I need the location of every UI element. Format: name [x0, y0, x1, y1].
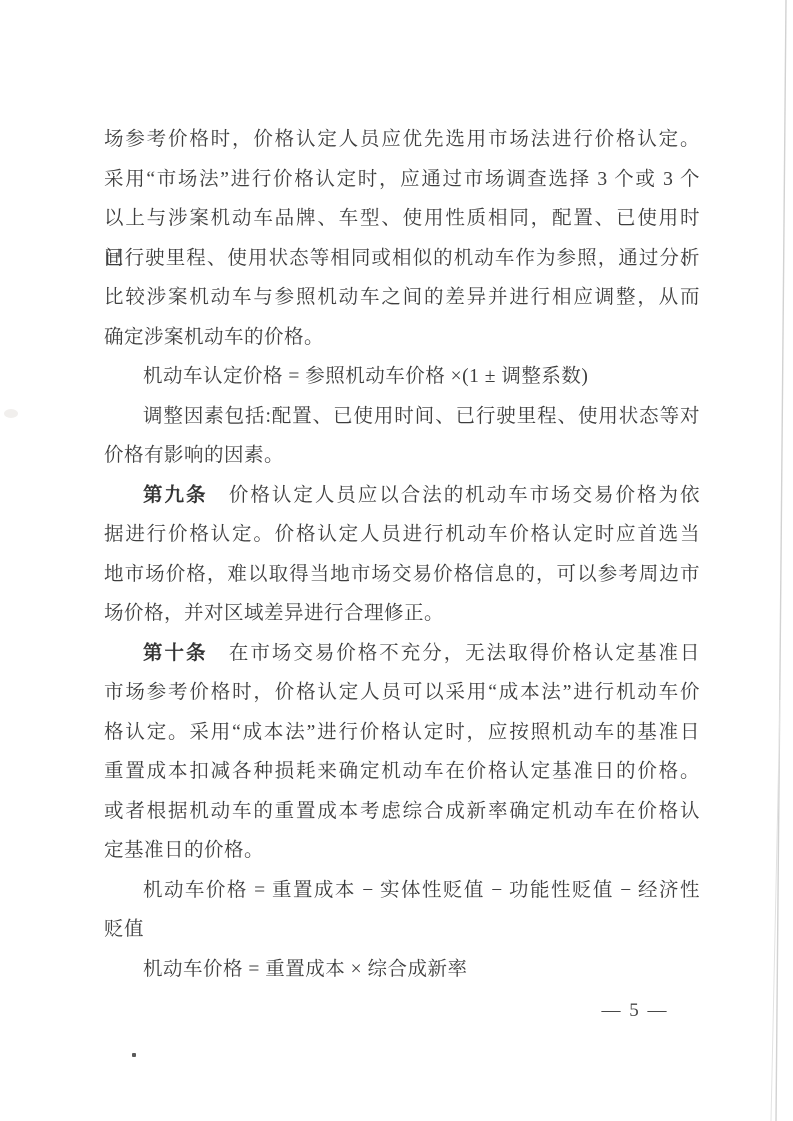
text-segment: 机动车价格 = 重置成本 − 实体性贬值 − 功能性贬值 − 经济性	[143, 880, 700, 901]
text-line: 第九条 价格认定人员应以合法的机动车市场交易价格为依	[104, 476, 700, 516]
text-line: 机动车价格 = 重置成本 × 综合成新率	[104, 950, 700, 990]
text-segment: 重置成本扣减各种损耗来确定机动车在价格认定基准日的价格。	[104, 761, 700, 782]
text-line: 以上与涉案机动车品牌、车型、使用性质相同，配置、已使用时间、	[104, 199, 700, 239]
text-line: 机动车认定价格 = 参照机动车价格 ×(1 ± 调整系数)	[104, 357, 700, 397]
text-line: 或者根据机动车的重置成本考虑综合成新率确定机动车在价格认	[104, 792, 700, 832]
text-segment: 已行驶里程、使用状态等相同或相似的机动车作为参照，通过分析	[104, 248, 700, 269]
text-line: 调整因素包括:配置、已使用时间、已行驶里程、使用状态等对	[104, 397, 700, 437]
text-segment: 格认定。采用“成本法”进行价格认定时，应按照机动车的基准日	[104, 722, 700, 743]
text-line: 场价格，并对区域差异进行合理修正。	[104, 594, 700, 634]
text-segment: 机动车认定价格 = 参照机动车价格 ×(1 ± 调整系数)	[143, 366, 588, 387]
text-line: 市场参考价格时，价格认定人员可以采用“成本法”进行机动车价	[104, 673, 700, 713]
text-line: 定基准日的价格。	[104, 831, 700, 871]
text-segment: 地市场价格，难以取得当地市场交易价格信息的，可以参考周边市	[104, 564, 700, 585]
text-segment: 价格有影响的因素。	[104, 445, 284, 466]
text-line: 地市场价格，难以取得当地市场交易价格信息的，可以参考周边市	[104, 555, 700, 595]
document-body: 场参考价格时，价格认定人员应优先选用市场法进行价格认定。采用“市场法”进行价格认…	[104, 120, 700, 989]
text-line: 场参考价格时，价格认定人员应优先选用市场法进行价格认定。	[104, 120, 700, 160]
scan-smudge	[4, 409, 18, 418]
scan-speck	[132, 1053, 136, 1057]
text-segment: 贬值	[104, 919, 144, 940]
text-line: 第十条 在市场交易价格不充分，无法取得价格认定基准日	[104, 634, 700, 674]
text-line: 价格有影响的因素。	[104, 436, 700, 476]
text-segment: 场参考价格时，价格认定人员应优先选用市场法进行价格认定。	[104, 129, 700, 150]
text-line: 重置成本扣减各种损耗来确定机动车在价格认定基准日的价格。	[104, 752, 700, 792]
text-segment: 在市场交易价格不充分，无法取得价格认定基准日	[207, 643, 700, 664]
article-number: 第九条	[143, 484, 207, 506]
text-segment: 采用“市场法”进行价格认定时，应通过市场调查选择 3 个或 3 个	[104, 169, 700, 190]
text-line: 贬值	[104, 910, 700, 950]
article-number: 第十条	[143, 642, 207, 664]
text-segment: 调整因素包括:配置、已使用时间、已行驶里程、使用状态等对	[143, 406, 700, 427]
text-segment: 机动车价格 = 重置成本 × 综合成新率	[143, 959, 468, 980]
text-segment: 市场参考价格时，价格认定人员可以采用“成本法”进行机动车价	[104, 682, 700, 703]
text-segment: 价格认定人员应以合法的机动车市场交易价格为依	[207, 485, 700, 506]
text-line: 采用“市场法”进行价格认定时，应通过市场调查选择 3 个或 3 个	[104, 160, 700, 200]
text-line: 已行驶里程、使用状态等相同或相似的机动车作为参照，通过分析	[104, 239, 700, 279]
text-segment: 确定涉案机动车的价格。	[104, 327, 324, 348]
text-line: 确定涉案机动车的价格。	[104, 318, 700, 358]
text-segment: 比较涉案机动车与参照机动车之间的差异并进行相应调整，从而	[104, 287, 700, 308]
text-line: 格认定。采用“成本法”进行价格认定时，应按照机动车的基准日	[104, 713, 700, 753]
text-segment: 场价格，并对区域差异进行合理修正。	[104, 603, 444, 624]
text-line: 机动车价格 = 重置成本 − 实体性贬值 − 功能性贬值 − 经济性	[104, 871, 700, 911]
document-page: 场参考价格时，价格认定人员应优先选用市场法进行价格认定。采用“市场法”进行价格认…	[0, 0, 793, 1121]
text-segment: 或者根据机动车的重置成本考虑综合成新率确定机动车在价格认	[104, 801, 700, 822]
text-line: 比较涉案机动车与参照机动车之间的差异并进行相应调整，从而	[104, 278, 700, 318]
text-segment: 定基准日的价格。	[104, 840, 264, 861]
page-number: — 5 —	[560, 996, 710, 1026]
text-line: 据进行价格认定。价格认定人员进行机动车价格认定时应首选当	[104, 515, 700, 555]
text-segment: 据进行价格认定。价格认定人员进行机动车价格认定时应首选当	[104, 524, 700, 545]
